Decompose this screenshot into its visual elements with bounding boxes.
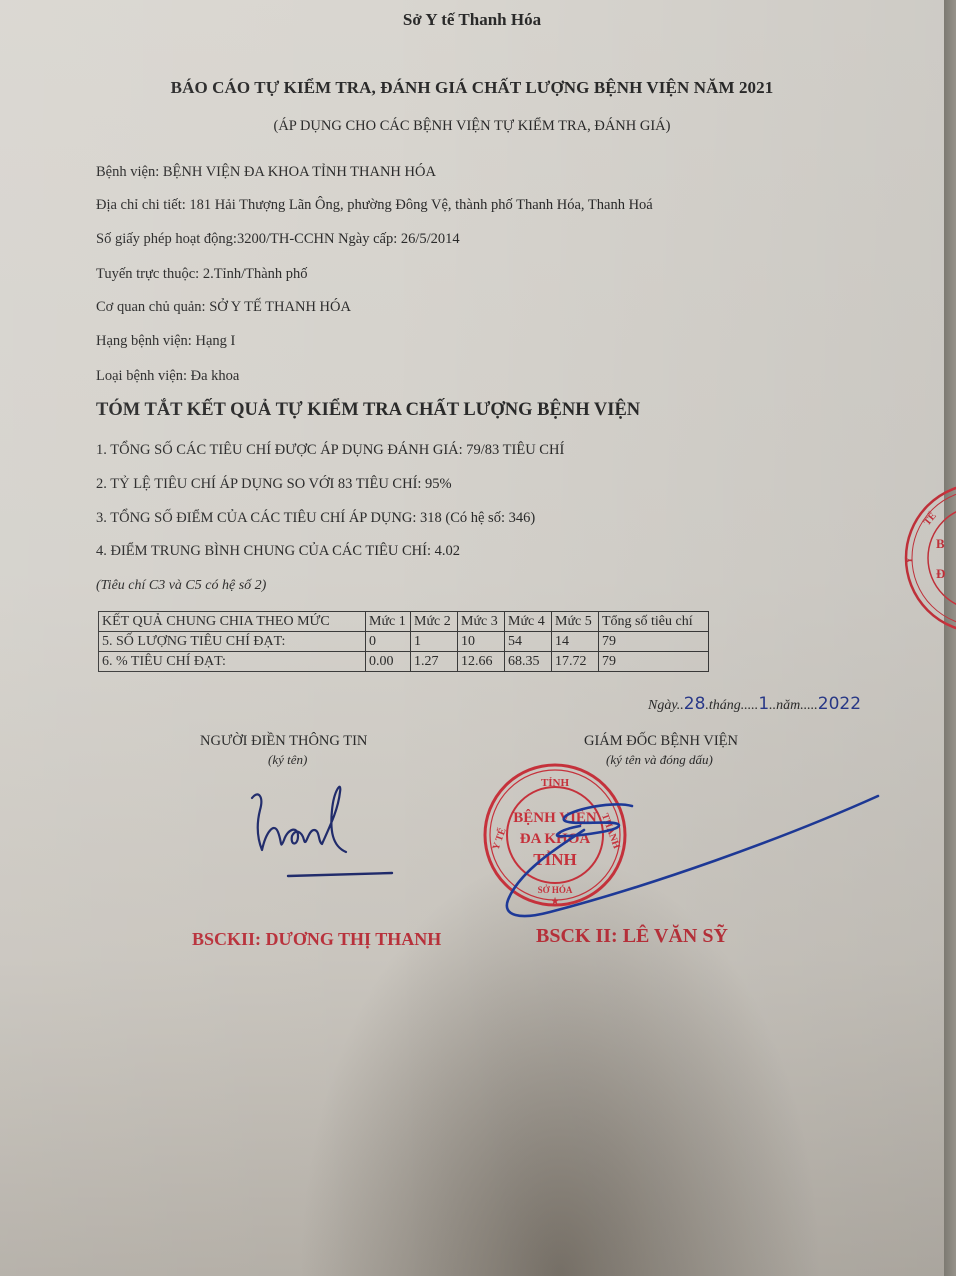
right-signature-icon: [500, 790, 890, 930]
date-year-handwritten: 2022: [818, 694, 861, 714]
info-license: Số giấy phép hoạt động:3200/TH-CCHN Ngày…: [96, 231, 460, 248]
table-header-cell: Mức 1: [366, 612, 411, 632]
table-cell: 68.35: [505, 652, 552, 672]
info-hospital-rank: Hạng bệnh viện: Hạng I: [96, 333, 235, 350]
table-cell: 0.00: [366, 652, 411, 672]
table-header-cell: Mức 5: [552, 612, 599, 632]
partial-stamp-icon: TẾ Y B Đ: [900, 478, 944, 638]
table-header-cell: KẾT QUẢ CHUNG CHIA THEO MỨC: [99, 612, 366, 632]
left-signer-instruction: (ký tên): [268, 752, 307, 768]
left-signature-icon: [240, 780, 400, 890]
underlying-page-edge: [944, 0, 956, 1276]
date-month-handwritten: 1: [758, 694, 769, 714]
info-label: Số giấy phép hoạt động:: [96, 231, 237, 247]
info-label: Tuyến trực thuộc:: [96, 266, 199, 282]
table-header-cell: Mức 4: [505, 612, 552, 632]
table-cell: 1: [411, 632, 458, 652]
svg-text:B: B: [936, 536, 945, 551]
results-table: KẾT QUẢ CHUNG CHIA THEO MỨC Mức 1 Mức 2 …: [98, 611, 709, 672]
info-governing-body: Cơ quan chủ quản: SỞ Y TẾ THANH HÓA: [96, 299, 351, 316]
info-address: Địa chỉ chi tiết: 181 Hải Thượng Lãn Ông…: [96, 197, 653, 214]
info-value: Hạng I: [195, 333, 235, 349]
right-signer-name: BSCK II: LÊ VĂN SỸ: [536, 925, 728, 948]
table-header-row: KẾT QUẢ CHUNG CHIA THEO MỨC Mức 1 Mức 2 …: [99, 612, 709, 632]
date-prefix: Ngày..: [648, 698, 684, 713]
table-header-cell: Tổng số tiêu chí: [599, 612, 709, 632]
info-value: Đa khoa: [191, 368, 240, 384]
date-day-handwritten: 28: [684, 694, 706, 714]
summary-item: 3. TỔNG SỐ ĐIỂM CỦA CÁC TIÊU CHÍ ÁP DỤNG…: [96, 510, 535, 527]
info-level: Tuyến trực thuộc: 2.Tỉnh/Thành phố: [96, 266, 308, 283]
left-signer-name: BSCKII: DƯƠNG THỊ THANH: [192, 929, 441, 950]
info-label: Loại bệnh viện:: [96, 368, 187, 384]
table-cell: 10: [458, 632, 505, 652]
table-header-cell: Mức 3: [458, 612, 505, 632]
info-value: SỞ Y TẾ THANH HÓA: [209, 299, 351, 315]
svg-text:Đ: Đ: [936, 566, 945, 581]
table-cell: 17.72: [552, 652, 599, 672]
summary-item: 4. ĐIỂM TRUNG BÌNH CHUNG CỦA CÁC TIÊU CH…: [96, 543, 460, 560]
summary-item: 1. TỔNG SỐ CÁC TIÊU CHÍ ĐƯỢC ÁP DỤNG ĐÁN…: [96, 442, 564, 459]
table-cell: 14: [552, 632, 599, 652]
table-cell: 79: [599, 632, 709, 652]
signing-date: Ngày..28.tháng.....1..năm.....2022: [648, 694, 861, 714]
table-header-cell: Mức 2: [411, 612, 458, 632]
info-value: BỆNH VIỆN ĐA KHOA TỈNH THANH HÓA: [163, 164, 436, 180]
table-cell: 54: [505, 632, 552, 652]
document-page: Sở Y tế Thanh Hóa BÁO CÁO TỰ KIỂM TRA, Đ…: [0, 0, 944, 1276]
report-title: BÁO CÁO TỰ KIỂM TRA, ĐÁNH GIÁ CHẤT LƯỢNG…: [0, 78, 944, 98]
stamp-ring-top: TỈNH: [541, 777, 570, 789]
issuing-organization: Sở Y tế Thanh Hóa: [0, 10, 944, 30]
table-cell: 0: [366, 632, 411, 652]
summary-heading: TÓM TẮT KẾT QUẢ TỰ KIỂM TRA CHẤT LƯỢNG B…: [96, 400, 640, 421]
table-cell: 5. SỐ LƯỢNG TIÊU CHÍ ĐẠT:: [99, 632, 366, 652]
coefficient-note: (Tiêu chí C3 và C5 có hệ số 2): [96, 578, 266, 594]
right-signer-role: GIÁM ĐỐC BỆNH VIỆN: [584, 733, 738, 750]
info-hospital-type: Loại bệnh viện: Đa khoa: [96, 368, 239, 385]
summary-item: 2. TỶ LỆ TIÊU CHÍ ÁP DỤNG SO VỚI 83 TIÊU…: [96, 476, 452, 493]
table-cell: 79: [599, 652, 709, 672]
info-label: Cơ quan chủ quản:: [96, 299, 206, 315]
info-hospital: Bệnh viện: BỆNH VIỆN ĐA KHOA TỈNH THANH …: [96, 164, 436, 181]
info-value: 181 Hải Thượng Lãn Ông, phường Đông Vệ, …: [189, 197, 652, 213]
info-value: 2.Tỉnh/Thành phố: [203, 266, 308, 282]
report-subtitle: (ÁP DỤNG CHO CÁC BỆNH VIỆN TỰ KIỂM TRA, …: [0, 118, 944, 135]
date-year-label: ..năm.....: [769, 698, 818, 713]
left-signer-role: NGƯỜI ĐIỀN THÔNG TIN: [200, 733, 367, 750]
table-cell: 6. % TIÊU CHÍ ĐẠT:: [99, 652, 366, 672]
table-row: 6. % TIÊU CHÍ ĐẠT: 0.00 1.27 12.66 68.35…: [99, 652, 709, 672]
info-label: Địa chỉ chi tiết:: [96, 197, 186, 213]
info-label: Hạng bệnh viện:: [96, 333, 192, 349]
info-value: 3200/TH-CCHN Ngày cấp: 26/5/2014: [237, 231, 460, 247]
svg-text:Y: Y: [904, 556, 915, 564]
table-cell: 12.66: [458, 652, 505, 672]
info-label: Bệnh viện:: [96, 164, 159, 180]
date-month-label: .tháng.....: [705, 698, 758, 713]
table-row: 5. SỐ LƯỢNG TIÊU CHÍ ĐẠT: 0 1 10 54 14 7…: [99, 632, 709, 652]
table-cell: 1.27: [411, 652, 458, 672]
